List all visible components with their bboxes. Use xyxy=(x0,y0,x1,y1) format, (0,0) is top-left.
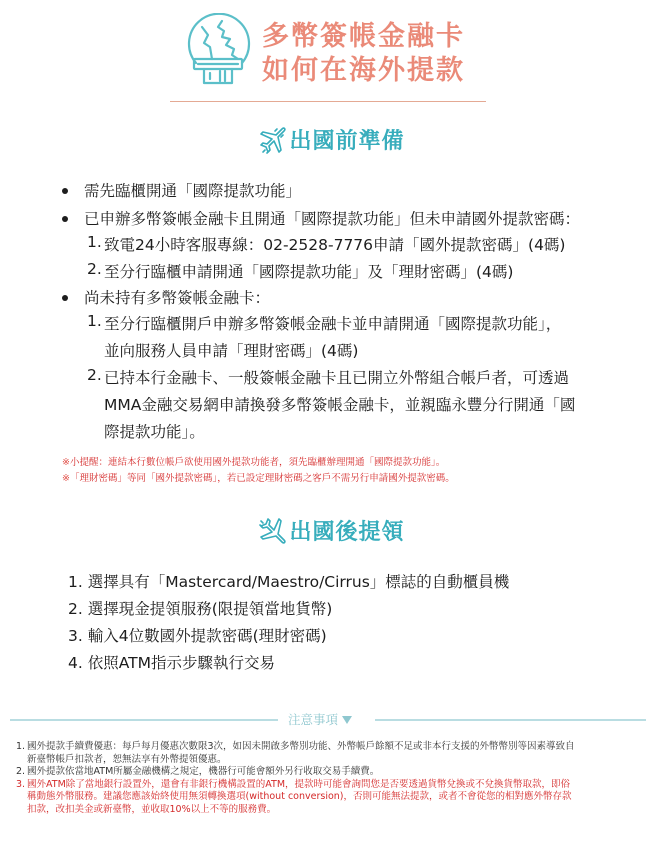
airplane-icon xyxy=(259,517,287,545)
sub-list-text: 至分行臨櫃申請開通「國際提款功能」及「理財密碼」(4碼) xyxy=(104,260,513,282)
sub-list-number: 2. xyxy=(87,260,102,278)
note-number: 3. xyxy=(16,779,25,792)
note-text: 扣款，改扣美金或新臺幣，並收取10%以上不等的服務費。 xyxy=(27,804,648,817)
note-text: 新臺幣帳戶扣款者，恕無法享有外幣提領優惠。 xyxy=(27,754,648,767)
note-item: 1. 國外提款手續費優惠：每戶每月優惠次數限3次，如因未開啟多幣別功能、外幣帳戶… xyxy=(16,741,648,766)
note-text: 稱動態外幣服務。建議您應該始終使用無須轉換選項(without conversi… xyxy=(27,791,648,804)
sub-list-text: 已持本行金融卡、一般簽帳金融卡且已開立外幣組合帳戶者，可透過 xyxy=(104,366,569,388)
bullet-icon xyxy=(62,216,68,222)
airplane-icon xyxy=(259,126,287,154)
step-item: 1. 選擇具有「Mastercard/Maestro/Cirrus」標誌的自動櫃… xyxy=(68,570,509,592)
step-text: 依照ATM指示步驟執行交易 xyxy=(88,654,275,672)
header-divider xyxy=(170,101,486,102)
section-heading-label: 出國後提領 xyxy=(289,517,404,549)
reminders: ※小提醒：連結本行數位帳戶欲使用國外提款功能者，須先臨櫃辦理開通「國際提款功能」… xyxy=(62,455,455,487)
page-title: 多幣簽帳金融卡 如何在海外提款 xyxy=(262,20,465,88)
divider-line xyxy=(10,719,278,721)
step-item: 4. 依照ATM指示步驟執行交易 xyxy=(68,651,275,673)
note-item: 2. 國外提款依當地ATM所屬金融機構之規定，機器行可能會額外另行收取交易手續費… xyxy=(16,766,648,779)
notes-toggle[interactable]: 注意事項 xyxy=(288,711,352,729)
notes-list: 1. 國外提款手續費優惠：每戶每月優惠次數限3次，如因未開啟多幣別功能、外幣帳戶… xyxy=(16,741,648,816)
reminder-text: 小提醒：連結本行數位帳戶欲使用國外提款功能者，須先臨櫃辦理開通「國際提款功能」。 xyxy=(70,457,445,468)
note-text: 國外提款手續費優惠：每戶每月優惠次數限3次，如因未開啟多幣別功能、外幣帳戶餘額不… xyxy=(27,741,648,754)
reminder-text: 「理財密碼」等同「國外提款密碼」，若已設定理財密碼之客戶不需另行申請國外提款密碼… xyxy=(70,473,455,484)
section-heading-before-departure: 出國前準備 xyxy=(0,126,664,158)
sub-list-number: 2. xyxy=(87,366,102,384)
note-number: 2. xyxy=(16,766,25,779)
list-item-text: 需先臨櫃開通「國際提款功能」 xyxy=(84,179,301,201)
reference-mark-icon: ※ xyxy=(62,457,70,468)
step-text: 輸入4位數國外提款密碼(理財密碼) xyxy=(88,627,327,645)
sub-list-number: 1. xyxy=(87,312,102,330)
sub-list-number: 1. xyxy=(87,233,102,251)
step-number: 1. xyxy=(68,573,83,591)
step-item: 3. 輸入4位數國外提款密碼(理財密碼) xyxy=(68,624,327,646)
reference-mark-icon: ※ xyxy=(62,473,70,484)
bullet-icon xyxy=(62,188,68,194)
step-number: 3. xyxy=(68,627,83,645)
notes-toggle-label: 注意事項 xyxy=(288,712,338,727)
page-header: 多幣簽帳金融卡 如何在海外提款 xyxy=(0,8,664,88)
sub-list-text: MMA金融交易網申請換發多幣簽帳金融卡，並親臨永豐分行開通「國 xyxy=(104,393,575,415)
note-number: 1. xyxy=(16,741,25,754)
sub-list-text: 並向服務人員申請「理財密碼」(4碼) xyxy=(104,339,358,361)
notes-divider: 注意事項 xyxy=(10,711,646,729)
list-item-text: 已申辦多幣簽帳金融卡且開通「國際提款功能」但未申請國外提款密碼： xyxy=(84,207,580,229)
title-line-2: 如何在海外提款 xyxy=(262,54,465,88)
reminder-item: ※「理財密碼」等同「國外提款密碼」，若已設定理財密碼之客戶不需另行申請國外提款密… xyxy=(62,471,455,487)
step-item: 2. 選擇現金提領服務(限提領當地貨幣) xyxy=(68,597,332,619)
step-text: 選擇具有「Mastercard/Maestro/Cirrus」標誌的自動櫃員機 xyxy=(88,573,510,591)
bullet-icon xyxy=(62,295,68,301)
step-number: 2. xyxy=(68,600,83,618)
section-heading-after-departure: 出國後提領 xyxy=(0,517,664,549)
divider-line xyxy=(375,719,646,721)
reminder-item: ※小提醒：連結本行數位帳戶欲使用國外提款功能者，須先臨櫃辦理開通「國際提款功能」… xyxy=(62,455,455,471)
sub-list-text: 致電24小時客服專線：02-2528-7776申請「國外提款密碼」(4碼) xyxy=(104,233,565,255)
sub-list-text: 際提款功能」。 xyxy=(104,420,205,442)
step-number: 4. xyxy=(68,654,83,672)
section-heading-label: 出國前準備 xyxy=(289,126,404,158)
note-item-warning: 3. 國外ATM除了當地銀行設置外，還會有非銀行機構設置的ATM，提款時可能會詢… xyxy=(16,779,648,817)
globe-atm-card-icon xyxy=(182,13,254,85)
title-line-1: 多幣簽帳金融卡 xyxy=(262,20,465,54)
note-text: 國外ATM除了當地銀行設置外，還會有非銀行機構設置的ATM，提款時可能會詢問您是… xyxy=(27,779,648,792)
list-item-text: 尚未持有多幣簽帳金融卡： xyxy=(84,286,270,308)
sub-list-text: 至分行臨櫃開戶申辦多幣簽帳金融卡並申請開通「國際提款功能」， xyxy=(104,312,561,334)
step-text: 選擇現金提領服務(限提領當地貨幣) xyxy=(88,600,333,618)
note-text: 國外提款依當地ATM所屬金融機構之規定，機器行可能會額外另行收取交易手續費。 xyxy=(27,766,648,779)
triangle-down-icon xyxy=(342,716,352,724)
